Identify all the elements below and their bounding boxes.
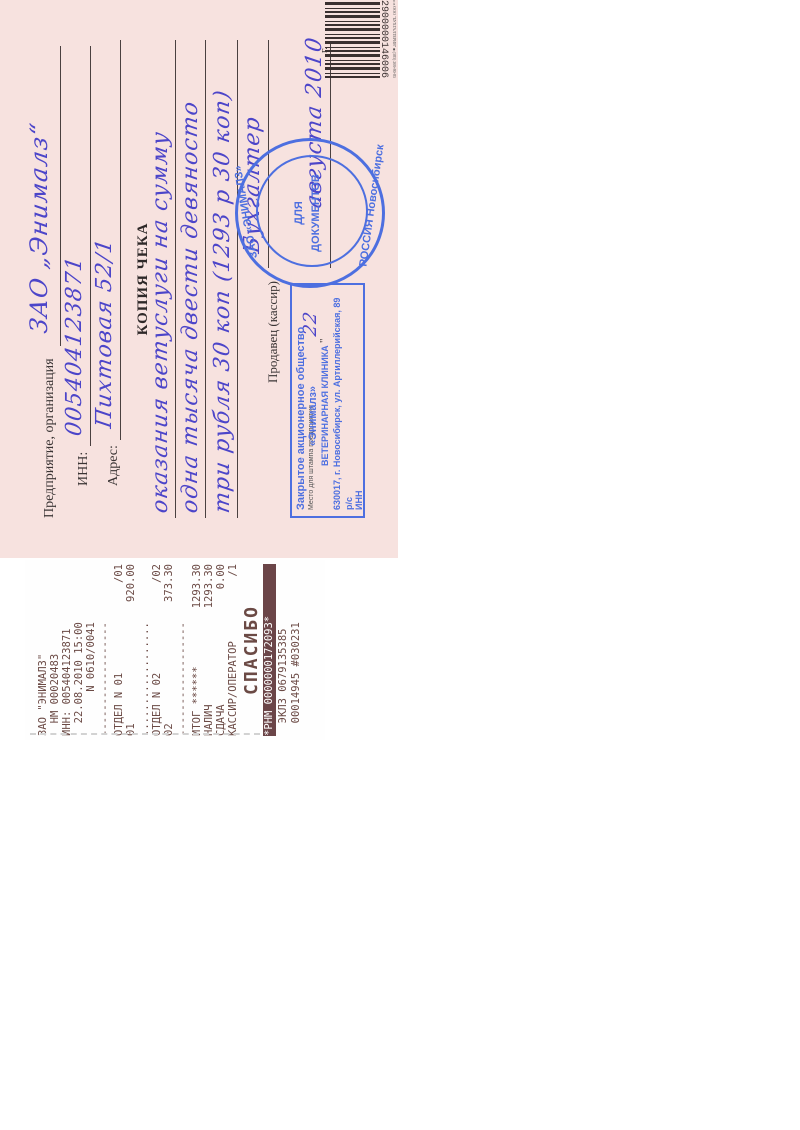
inn-value: 005404123871 <box>62 254 87 437</box>
receipt-line: 01920.00 <box>125 564 138 736</box>
handwritten-line-2: одна тысяча двести девяносто <box>178 99 203 514</box>
line-2 <box>205 40 206 518</box>
inn-underline <box>90 46 91 446</box>
address-underline <box>120 40 121 440</box>
receipt-line-label: ОТДЕЛ N 01 <box>113 673 125 736</box>
org-value: ЗАО „Энималз“ <box>25 121 53 335</box>
inn-label: ИНН: <box>76 452 92 486</box>
rect-stamp-line4: 630017, г. Новосибирск, ул. Артиллерийск… <box>332 298 342 510</box>
receipt-line: ------------------ <box>177 564 190 736</box>
rect-stamp-line5: р/с <box>344 497 354 510</box>
receipt-line-value: /1 <box>227 564 240 577</box>
receipt-rnm: *РНМ 0000000172093* <box>263 564 276 736</box>
org-label: Предприятие, организация <box>42 358 58 518</box>
cheque-copy-form: Предприятие, организация ЗАО „Энималз“ И… <box>0 0 398 558</box>
rect-stamp: Закрытое акционерное общество Место для … <box>290 283 365 518</box>
receipt-line-label: .................. <box>139 622 151 736</box>
receipt-line-label: КАССИР/ОПЕРАТОР <box>227 641 239 736</box>
address-value: Пихтовая 52/1 <box>92 236 117 429</box>
receipt-line-label: ------------------ <box>177 622 189 736</box>
receipt-eklz: ЭКЛЗ 0679135385 <box>277 564 290 736</box>
form-rotated-content: Предприятие, организация ЗАО „Энималз“ И… <box>0 0 398 558</box>
receipt-line-label: ЗАО "ЭНИМАЛЗ" <box>37 654 49 736</box>
address-label: Адрес: <box>106 445 122 486</box>
rect-stamp-line2: «Энималз» <box>307 386 319 446</box>
round-stamp: ЗАО «ЭНИМАЛЗ» ДЛЯ ДОКУМЕНТОВ РОССИЯ Ново… <box>235 138 385 288</box>
receipt-line-label: НМ 00020483 <box>49 654 61 736</box>
receipt-line-label: ------------------ <box>99 622 111 736</box>
barcode-bars <box>325 0 380 78</box>
handwritten-line-3: три рубля 30 коп (1293 р 30 коп) <box>210 88 235 515</box>
printer-note: Отпечатано в ООО "БУХГАЛТЕРИЯ" ■ (383) 2… <box>392 0 397 78</box>
receipt-rotated-content: ЗАО "ЭНИМАЛЗ" НМ 00020483ИНН: 0054041238… <box>25 560 325 740</box>
receipt-line-value: 373.30 <box>163 564 176 602</box>
receipt-line: 02373.30 <box>163 564 176 736</box>
round-stamp-center-1: ДЛЯ <box>293 141 305 285</box>
cash-receipt: ЗАО "ЭНИМАЛЗ" НМ 00020483ИНН: 0054041238… <box>25 560 325 740</box>
line-3 <box>237 40 238 518</box>
receipt-line-label: ОТДЕЛ N 02 <box>151 673 163 736</box>
rect-stamp-line3: ВЕТЕРИНАРНАЯ КЛИНИКА <box>320 345 330 466</box>
org-underline <box>60 46 61 346</box>
receipt-tear-edge <box>30 733 260 735</box>
receipt-doc-number: 00014945 #030231 <box>290 564 303 736</box>
receipt-line-label: ИНН: 005404123871 <box>61 629 73 736</box>
receipt-line-value: 920.00 <box>125 564 138 602</box>
receipt-line-label: СДАЧА <box>215 704 227 736</box>
rect-stamp-line1: Закрытое акционерное общество <box>295 327 307 510</box>
receipt-line-label: НАЛИЧ <box>203 704 215 736</box>
receipt-line-label: N 0610/0041 <box>85 622 97 736</box>
receipt-line: N 0610/0041 <box>85 564 98 736</box>
barcode-number: 2900000146006 <box>378 0 389 78</box>
receipt-line-label: ИТОГ ****** <box>191 666 203 736</box>
line-1 <box>175 40 176 518</box>
barcode: 2900000146006 Отпечатано в ООО "БУХГАЛТЕ… <box>325 0 397 78</box>
receipt-line: ------------------ <box>99 564 112 736</box>
handwritten-line-1: оказания ветуслуги на сумму <box>148 130 173 515</box>
rect-stamp-line6: ИНН <box>354 491 364 510</box>
receipt-thanks: СПАСИБО <box>243 564 261 736</box>
round-stamp-center-2: ДОКУМЕНТОВ <box>310 141 322 285</box>
receipt-line-label: 22.08.2010 15:00 <box>73 622 85 736</box>
seller-label: Продавец (кассир) <box>265 281 281 383</box>
receipt-line: КАССИР/ОПЕРАТОР/1 <box>227 564 240 736</box>
